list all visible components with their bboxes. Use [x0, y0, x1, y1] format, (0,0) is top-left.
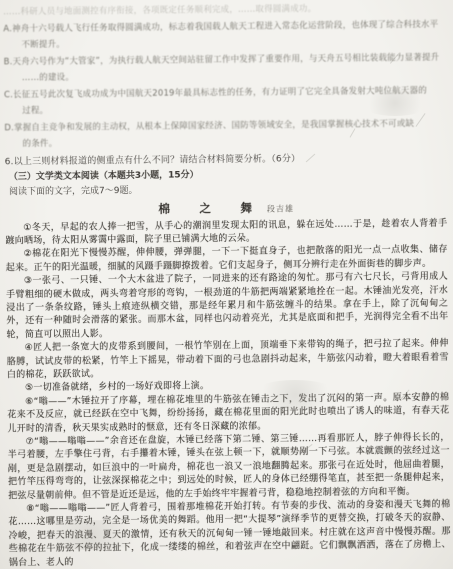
essay-title: 棉 之 舞	[158, 200, 261, 215]
essay-paragraph-4: ④匠人把一条宽大的皮带系到腰间，一根竹竿别在上面，顶端垂下来带钩的绳子，把弓拉了…	[7, 338, 449, 383]
scanned-exam-page: ……科研人员与地面测控有序衔接，各项既定任务顺利完成，……取得圆满成功。 A.神…	[0, 0, 453, 569]
mcq-option-d-cont: 的条件。	[4, 132, 446, 153]
essay-paragraph-7: ⑦“嗡——嗡嗡——”余音还在盘旋，木锤已经落下第二锤、第三锤……再看那匠人，脖子…	[8, 432, 451, 504]
essay-paragraph-3: ③一张弓、一只锤、一个大木盆进了院子，一同进来的还有路途的匆忙。那弓有六七尺长，…	[6, 271, 449, 343]
essay-author: 段吉雄	[267, 204, 294, 213]
essay-title-row: 棉 之 舞段吉雄	[5, 197, 447, 219]
essay-body: ①冬天，早起的农人捧一把雪，从手心的潮润里发现太阳的讯息，躲在远处……于是，趁着…	[5, 217, 451, 569]
essay-paragraph-6: ⑥“嗡——”木锤拉开了序幕，埋在棉花堆里的牛筋弦在锤击之下，发出了沉闷的第一声。…	[7, 391, 449, 436]
essay-paragraph-8: ⑧“嗡——嗡嗡——”匠人背着弓，围着那堆棉花开始打转。有节奏的步伐、流动的身姿和…	[8, 499, 451, 569]
scan-content: ……科研人员与地面测控有序衔接，各项既定任务顺利完成，……取得圆满成功。 A.神…	[3, 0, 451, 569]
